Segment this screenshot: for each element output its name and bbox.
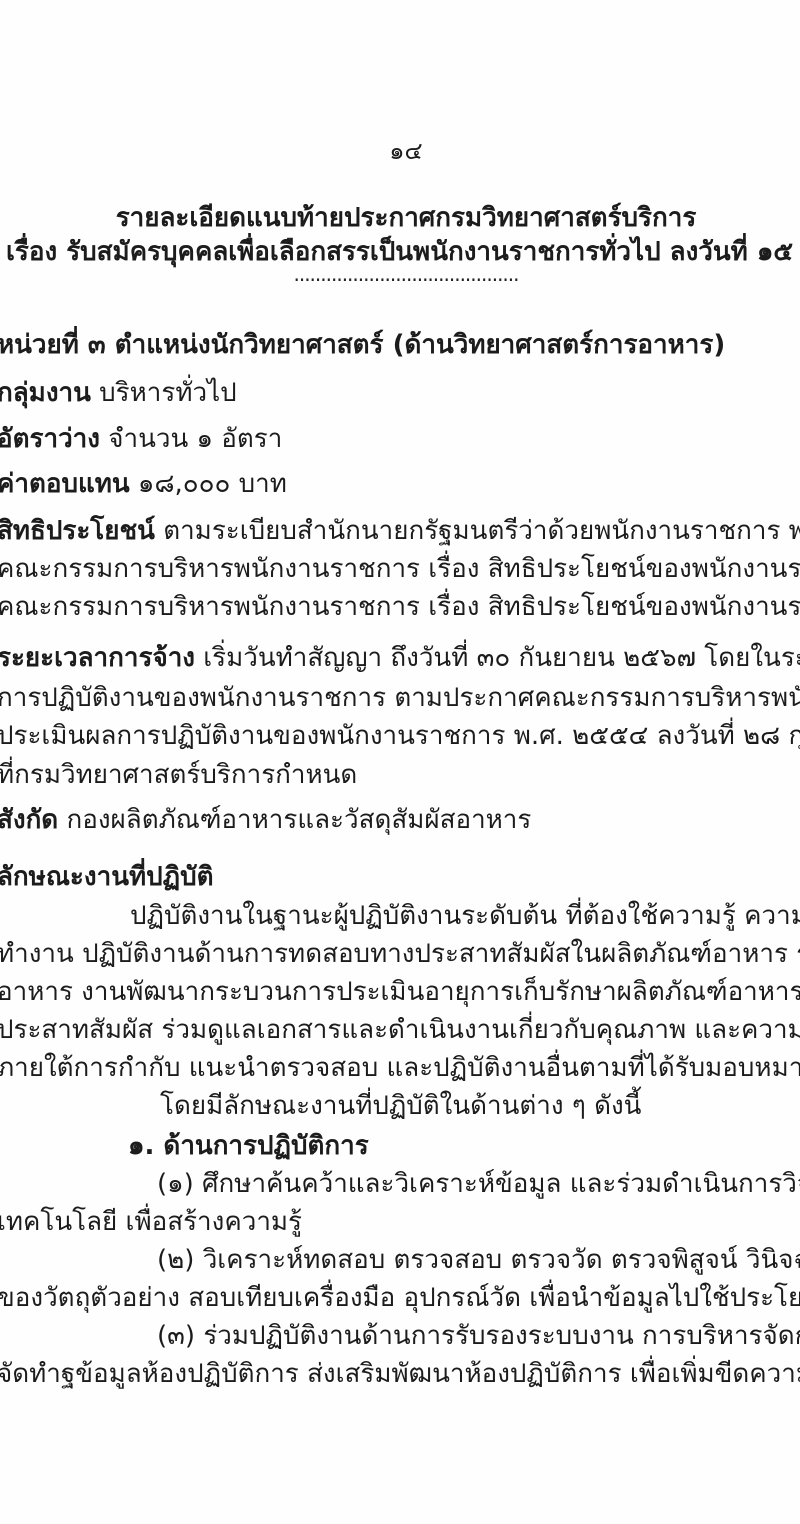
- line-lead-bold: หน่วยที่ ๓ ตำแหน่งนักวิทยาศาสตร์ (ด้านวิ…: [0, 330, 725, 360]
- line-lead-bold: กลุ่มงาน: [0, 378, 91, 408]
- line-text: บริหารทั่วไป: [91, 378, 237, 408]
- line-lead-bold: ค่าตอบแทน: [0, 469, 130, 499]
- text-line: หน่วยที่ ๓ ตำแหน่งนักวิทยาศาสตร์ (ด้านวิ…: [0, 330, 725, 360]
- line-lead-bold: สิทธิประโยชน์: [0, 516, 155, 546]
- list-item: (๒) วิเคราะห์ทดสอบ ตรวจสอบ ตรวจวัด ตรวจพ…: [157, 1245, 800, 1275]
- line-text: ทำงาน ปฏิบัติงานด้านการทดสอบทางประสาทสัม…: [0, 939, 800, 969]
- line-text: ตามระเบียบสำนักนายกรัฐมนตรีว่าด้วยพนักงา…: [155, 516, 800, 546]
- text-line: โดยมีลักษณะงานที่ปฏิบัติในด้านต่าง ๆ ดัง…: [160, 1091, 641, 1121]
- text-line: สิทธิประโยชน์ ตามระเบียบสำนักนายกรัฐมนตร…: [0, 516, 800, 546]
- text-line: ของวัตถุตัวอย่าง สอบเทียบเครื่องมือ อุปก…: [0, 1283, 800, 1313]
- list-item: (๓) ร่วมปฏิบัติงานด้านการรับรองระบบงาน ก…: [157, 1321, 800, 1351]
- line-text: ของวัตถุตัวอย่าง สอบเทียบเครื่องมือ อุปก…: [0, 1283, 800, 1313]
- text-line: ระยะเวลาการจ้าง เริ่มวันทำสัญญา ถึงวันที…: [0, 643, 800, 673]
- line-text: โดยมีลักษณะงานที่ปฏิบัติในด้านต่าง ๆ ดัง…: [160, 1091, 641, 1121]
- line-text: จัดทำฐข้อมูลห้องปฏิบัติการ ส่งเสริมพัฒนา…: [0, 1359, 800, 1389]
- line-text: กองผลิตภัณฑ์อาหารและวัสดุสัมผัสอาหาร: [58, 805, 531, 835]
- page-number: ๑๔: [6, 131, 800, 170]
- line-text: จำนวน ๑ อัตรา: [100, 424, 282, 454]
- line-text: เริ่มวันทำสัญญา ถึงวันที่ ๓๐ กันยายน ๒๕๖…: [195, 643, 800, 673]
- text-line: ภายใต้การกำกับ แนะนำตรวจสอบ และปฏิบัติงา…: [0, 1053, 800, 1083]
- line-text: การปฏิบัติงานของพนักงานราชการ ตามประกาศค…: [0, 683, 800, 713]
- text-line: ประสาทสัมผัส ร่วมดูแลเอกสารและดำเนินงานเ…: [0, 1015, 800, 1045]
- text-line: สังกัด กองผลิตภัณฑ์อาหารและวัสดุสัมผัสอา…: [0, 805, 531, 835]
- text-line: คณะกรรมการบริหารพนักงานราชการ เรื่อง สิท…: [0, 592, 800, 622]
- line-text: ที่กรมวิทยาศาสตร์บริการกำหนด: [0, 760, 357, 790]
- line-lead-bold: อัตราว่าง: [0, 424, 100, 454]
- line-text: ๑๘,๐๐๐ บาท: [130, 469, 287, 499]
- line-text: อาหาร งานพัฒนากระบวนการประเมินอายุการเก็…: [0, 977, 800, 1007]
- text-line: ปฏิบัติงานในฐานะผู้ปฏิบัติงานระดับต้น ที…: [130, 901, 800, 931]
- text-line: เทคโนโลยี เพื่อสร้างความรู้: [0, 1207, 302, 1237]
- line-text: ประเมินผลการปฏิบัติงานของพนักงานราชการ พ…: [0, 721, 800, 751]
- text-line: อาหาร งานพัฒนากระบวนการประเมินอายุการเก็…: [0, 977, 800, 1007]
- text-line: อัตราว่าง จำนวน ๑ อัตรา: [0, 424, 282, 454]
- text-line: ค่าตอบแทน ๑๘,๐๐๐ บาท: [0, 469, 287, 499]
- text-line: จัดทำฐข้อมูลห้องปฏิบัติการ ส่งเสริมพัฒนา…: [0, 1359, 800, 1389]
- text-line: ทำงาน ปฏิบัติงานด้านการทดสอบทางประสาทสัม…: [0, 939, 800, 969]
- dotted-divider: ........................................…: [6, 262, 800, 286]
- line-text: ภายใต้การกำกับ แนะนำตรวจสอบ และปฏิบัติงา…: [0, 1053, 800, 1083]
- line-text: ปฏิบัติงานในฐานะผู้ปฏิบัติงานระดับต้น ที…: [130, 901, 800, 931]
- line-text: คณะกรรมการบริหารพนักงานราชการ เรื่อง สิท…: [0, 554, 800, 584]
- list-item: (๑) ศึกษาค้นคว้าและวิเคราะห์ข้อมูล และร่…: [157, 1169, 800, 1199]
- text-line: กลุ่มงาน บริหารทั่วไป: [0, 378, 237, 408]
- line-text: เทคโนโลยี เพื่อสร้างความรู้: [0, 1207, 302, 1237]
- line-text: (๑) ศึกษาค้นคว้าและวิเคราะห์ข้อมูล และร่…: [157, 1169, 800, 1199]
- line-lead-bold: สังกัด: [0, 805, 58, 835]
- section-heading: ๑. ด้านการปฏิบัติการ: [128, 1131, 369, 1161]
- scanned-document-page: ๑๔ รายละเอียดแนบท้ายประกาศกรมวิทยาศาสตร์…: [0, 0, 800, 1524]
- line-text: คณะกรรมการบริหารพนักงานราชการ เรื่อง สิท…: [0, 592, 800, 622]
- text-line: ประเมินผลการปฏิบัติงานของพนักงานราชการ พ…: [0, 721, 800, 751]
- section-heading: ลักษณะงานที่ปฏิบัติ: [0, 862, 213, 892]
- line-lead-bold: ระยะเวลาการจ้าง: [0, 643, 195, 673]
- line-lead-bold: ๑. ด้านการปฏิบัติการ: [128, 1131, 369, 1161]
- line-text: (๒) วิเคราะห์ทดสอบ ตรวจสอบ ตรวจวัด ตรวจพ…: [157, 1245, 800, 1275]
- line-text: (๓) ร่วมปฏิบัติงานด้านการรับรองระบบงาน ก…: [157, 1321, 800, 1351]
- text-line: ที่กรมวิทยาศาสตร์บริการกำหนด: [0, 760, 357, 790]
- text-line: คณะกรรมการบริหารพนักงานราชการ เรื่อง สิท…: [0, 554, 800, 584]
- line-text: ประสาทสัมผัส ร่วมดูแลเอกสารและดำเนินงานเ…: [0, 1015, 800, 1045]
- line-lead-bold: ลักษณะงานที่ปฏิบัติ: [0, 862, 213, 892]
- text-line: การปฏิบัติงานของพนักงานราชการ ตามประกาศค…: [0, 683, 800, 713]
